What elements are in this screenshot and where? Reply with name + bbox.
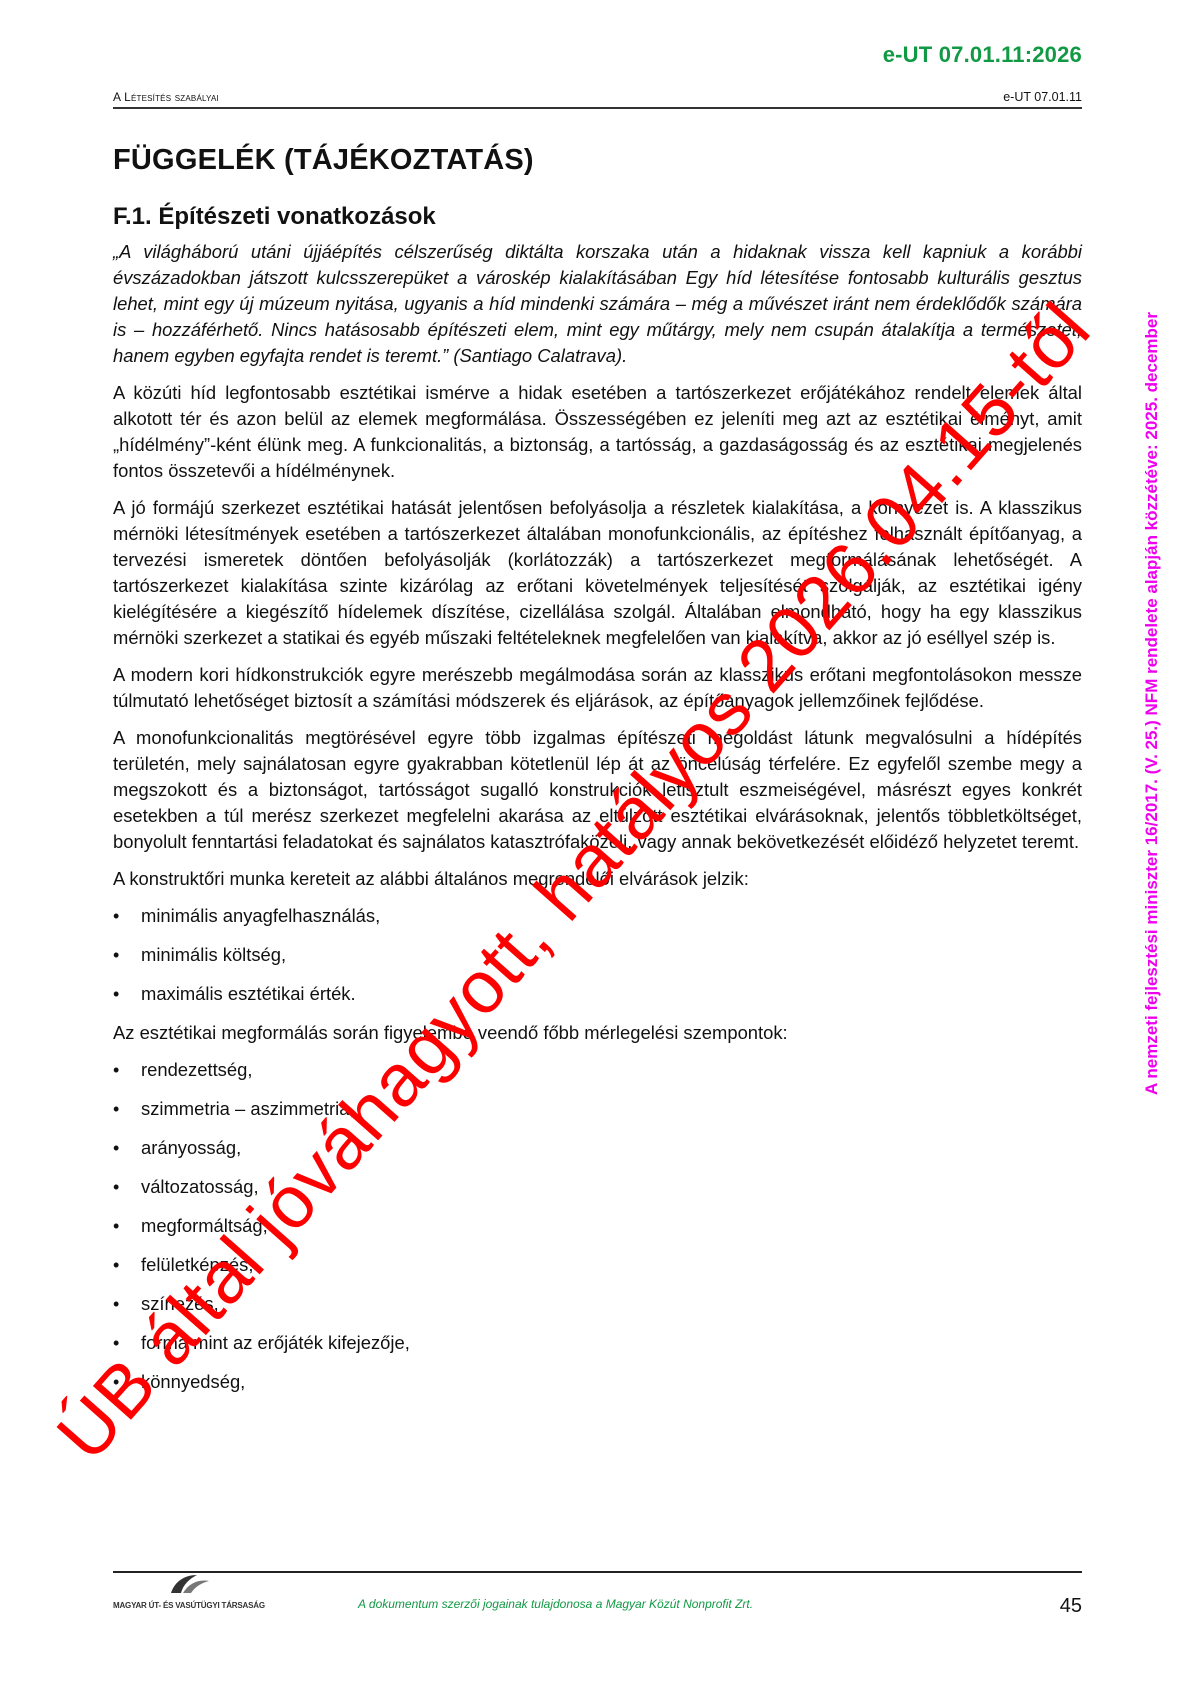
list-intro: Az esztétikai megformálás során figyelem… [113,1020,1082,1046]
list-item: maximális esztétikai érték. [113,981,1082,1007]
page-footer: MAGYAR ÚT- ÉS VASÚTÜGYI TÁRSASÁG A dokum… [113,1585,1082,1625]
list-item: rendezettség, [113,1057,1082,1083]
copyright-notice: A dokumentum szerzői jogainak tulajdonos… [358,1597,753,1611]
logo-text: MAGYAR ÚT- ÉS VASÚTÜGYI TÁRSASÁG [113,1601,265,1610]
document-id: e-UT 07.01.11 [1003,90,1082,104]
section-title: A Létesítés szabályai [113,90,219,104]
page-title: FÜGGELÉK (TÁJÉKOZTATÁS) [113,144,1082,177]
list-item: minimális anyagfelhasználás, [113,903,1082,929]
publication-note: A nemzeti fejlesztési miniszter 16/2017.… [1142,312,1162,1095]
list-item: változatosság, [113,1174,1082,1200]
list-item: szimmetria – aszimmetria, [113,1096,1082,1122]
list-item: arányosság, [113,1135,1082,1161]
criteria-list: rendezettség, szimmetria – aszimmetria, … [113,1057,1082,1395]
paragraph: A monofunkcionalitás megtörésével egyre … [113,725,1082,855]
page-number: 45 [1060,1595,1082,1618]
paragraph: A közúti híd legfontosabb esztétikai ism… [113,380,1082,484]
list-item: megformáltság, [113,1213,1082,1239]
section-heading: F.1. Építészeti vonatkozások [113,203,1082,231]
paragraph: A jó formájú szerkezet esztétikai hatásá… [113,495,1082,651]
paragraph: A modern kori hídkonstrukciók egyre meré… [113,662,1082,714]
list-item: forma mint az erőjáték kifejezője, [113,1330,1082,1356]
running-header: A Létesítés szabályai e-UT 07.01.11 [113,84,1082,109]
page-content: FÜGGELÉK (TÁJÉKOZTATÁS) F.1. Építészeti … [113,140,1082,1408]
list-item: felületképzés, [113,1252,1082,1278]
list-intro: A konstruktőri munka kereteit az alábbi … [113,866,1082,892]
list-item: könnyedség, [113,1369,1082,1395]
society-logo: MAGYAR ÚT- ÉS VASÚTÜGYI TÁRSASÁG [113,1585,263,1621]
list-item: minimális költség, [113,942,1082,968]
quote-paragraph: „A világháború utáni újjáépítés célszerű… [113,239,1082,369]
document-code: e-UT 07.01.11:2026 [883,42,1082,68]
requirements-list: minimális anyagfelhasználás, minimális k… [113,903,1082,1007]
list-item: színezés, [113,1291,1082,1317]
